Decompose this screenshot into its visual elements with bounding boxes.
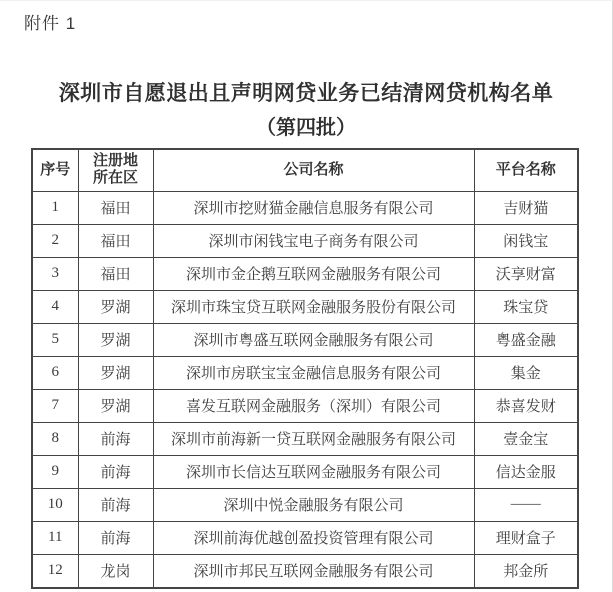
- table-header-row: 序号注册地 所在区公司名称平台名称: [32, 149, 578, 191]
- table-row: 12龙岗深圳市邦民互联网金融服务有限公司邦金所: [32, 554, 578, 588]
- table-row: 10前海深圳中悦金融服务有限公司——: [32, 488, 578, 521]
- column-header-district: 注册地 所在区: [78, 149, 153, 191]
- cell-platform: 粤盛金融: [474, 323, 578, 356]
- cell-district: 福田: [78, 191, 153, 224]
- attachment-label: 附件 1: [24, 9, 76, 34]
- document-page: 附件 1 深圳市自愿退出且声明网贷业务已结清网贷机构名单 （第四批） 序号注册地…: [0, 0, 613, 592]
- cell-no: 11: [32, 521, 78, 554]
- table-row: 6罗湖深圳市房联宝宝金融信息服务有限公司集金: [32, 356, 578, 389]
- cell-platform: 珠宝贷: [474, 290, 578, 323]
- cell-platform: 集金: [474, 356, 578, 389]
- cell-no: 9: [32, 455, 78, 488]
- cell-company: 深圳市金企鹅互联网金融服务有限公司: [153, 257, 474, 290]
- cell-platform: 吉财猫: [474, 191, 578, 224]
- cell-platform: 恭喜发财: [474, 389, 578, 422]
- column-header-no: 序号: [32, 149, 78, 191]
- institutions-table: 序号注册地 所在区公司名称平台名称 1福田深圳市挖财猫金融信息服务有限公司吉财猫…: [31, 148, 579, 589]
- cell-no: 3: [32, 257, 78, 290]
- document-title: 深圳市自愿退出且声明网贷业务已结清网贷机构名单: [0, 77, 612, 107]
- cell-no: 8: [32, 422, 78, 455]
- cell-no: 1: [32, 191, 78, 224]
- cell-no: 2: [32, 224, 78, 257]
- cell-company: 深圳市邦民互联网金融服务有限公司: [153, 554, 474, 588]
- cell-platform: 邦金所: [474, 554, 578, 588]
- cell-no: 5: [32, 323, 78, 356]
- cell-district: 罗湖: [78, 356, 153, 389]
- table-row: 9前海深圳市长信达互联网金融服务有限公司信达金服: [32, 455, 578, 488]
- cell-district: 罗湖: [78, 323, 153, 356]
- table-row: 1福田深圳市挖财猫金融信息服务有限公司吉财猫: [32, 191, 578, 224]
- cell-company: 深圳市前海新一贷互联网金融服务有限公司: [153, 422, 474, 455]
- cell-district: 前海: [78, 422, 153, 455]
- column-header-platform: 平台名称: [474, 149, 578, 191]
- cell-district: 罗湖: [78, 389, 153, 422]
- cell-company: 深圳市粤盛互联网金融服务有限公司: [153, 323, 474, 356]
- cell-company: 深圳市房联宝宝金融信息服务有限公司: [153, 356, 474, 389]
- cell-platform: 沃享财富: [474, 257, 578, 290]
- cell-platform: ——: [474, 488, 578, 521]
- cell-platform: 理财盒子: [474, 521, 578, 554]
- cell-district: 龙岗: [78, 554, 153, 588]
- table-row: 4罗湖深圳市珠宝贷互联网金融服务股份有限公司珠宝贷: [32, 290, 578, 323]
- table-row: 3福田深圳市金企鹅互联网金融服务有限公司沃享财富: [32, 257, 578, 290]
- cell-company: 深圳市长信达互联网金融服务有限公司: [153, 455, 474, 488]
- table-row: 8前海深圳市前海新一贷互联网金融服务有限公司壹金宝: [32, 422, 578, 455]
- cell-no: 10: [32, 488, 78, 521]
- cell-company: 喜发互联网金融服务（深圳）有限公司: [153, 389, 474, 422]
- cell-no: 6: [32, 356, 78, 389]
- cell-district: 前海: [78, 455, 153, 488]
- cell-company: 深圳市闲钱宝电子商务有限公司: [153, 224, 474, 257]
- cell-district: 前海: [78, 521, 153, 554]
- table-row: 7罗湖喜发互联网金融服务（深圳）有限公司恭喜发财: [32, 389, 578, 422]
- cell-district: 罗湖: [78, 290, 153, 323]
- cell-no: 4: [32, 290, 78, 323]
- table-row: 11前海深圳前海优越创盈投资管理有限公司理财盒子: [32, 521, 578, 554]
- cell-no: 7: [32, 389, 78, 422]
- cell-platform: 信达金服: [474, 455, 578, 488]
- cell-district: 福田: [78, 257, 153, 290]
- cell-district: 福田: [78, 224, 153, 257]
- cell-company: 深圳前海优越创盈投资管理有限公司: [153, 521, 474, 554]
- cell-platform: 壹金宝: [474, 422, 578, 455]
- cell-district: 前海: [78, 488, 153, 521]
- cell-platform: 闲钱宝: [474, 224, 578, 257]
- column-header-company: 公司名称: [153, 149, 474, 191]
- table-row: 5罗湖深圳市粤盛互联网金融服务有限公司粤盛金融: [32, 323, 578, 356]
- cell-company: 深圳市珠宝贷互联网金融服务股份有限公司: [153, 290, 474, 323]
- document-subtitle: （第四批）: [0, 111, 612, 140]
- table-row: 2福田深圳市闲钱宝电子商务有限公司闲钱宝: [32, 224, 578, 257]
- cell-no: 12: [32, 554, 78, 588]
- cell-company: 深圳中悦金融服务有限公司: [153, 488, 474, 521]
- cell-company: 深圳市挖财猫金融信息服务有限公司: [153, 191, 474, 224]
